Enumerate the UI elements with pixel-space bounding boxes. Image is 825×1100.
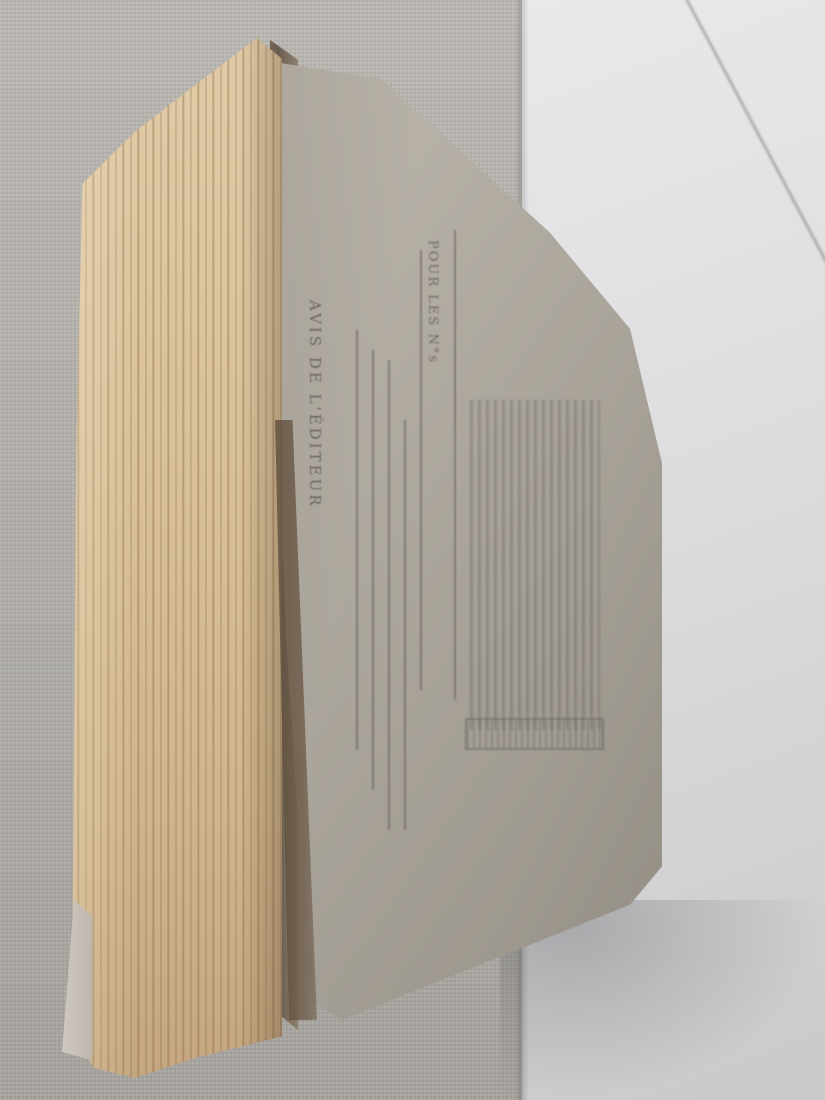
book: AVIS DE L'ÉDITEUR POUR LES N°s bbox=[0, 0, 825, 1100]
book-cover-flap bbox=[62, 900, 92, 1060]
book-page-edges bbox=[72, 38, 282, 1078]
cover-subheading: POUR LES N°s bbox=[425, 240, 440, 760]
cover-heading: AVIS DE L'ÉDITEUR bbox=[306, 300, 324, 820]
cover-text-box bbox=[465, 718, 604, 750]
cover-text-block bbox=[470, 400, 600, 730]
